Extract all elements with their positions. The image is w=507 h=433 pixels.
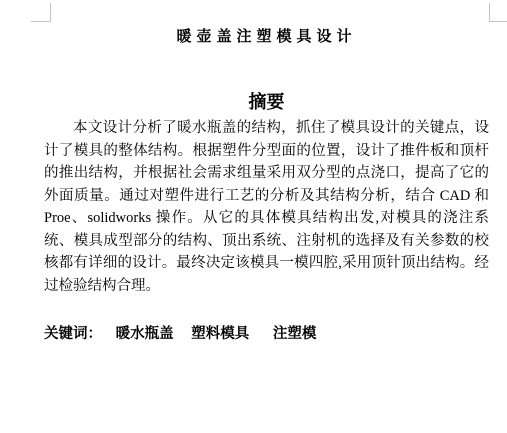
document-title: 暖壶盖注塑模具设计	[44, 27, 489, 47]
keywords-line: 关键词： 暖水瓶盖 塑料模具 注塑模	[44, 324, 489, 344]
abstract-heading: 摘要	[44, 92, 489, 112]
document-page: 暖壶盖注塑模具设计 摘要 本文设计分析了暖水瓶盖的结构，抓住了模具设计的关键点，…	[0, 0, 507, 433]
keyword-item: 注塑模	[273, 326, 317, 342]
abstract-paragraph: 本文设计分析了暖水瓶盖的结构，抓住了模具设计的关键点，设计了模具的整体结构。根据…	[44, 117, 489, 297]
margin-crop-mark-top-left	[31, 3, 51, 22]
keyword-item: 暖水瓶盖	[116, 326, 174, 342]
keyword-item: 塑料模具	[191, 326, 249, 342]
keywords-label: 关键词：	[44, 326, 102, 342]
margin-crop-mark-top-right	[489, 3, 507, 22]
page-content: 暖壶盖注塑模具设计 摘要 本文设计分析了暖水瓶盖的结构，抓住了模具设计的关键点，…	[44, 27, 489, 344]
